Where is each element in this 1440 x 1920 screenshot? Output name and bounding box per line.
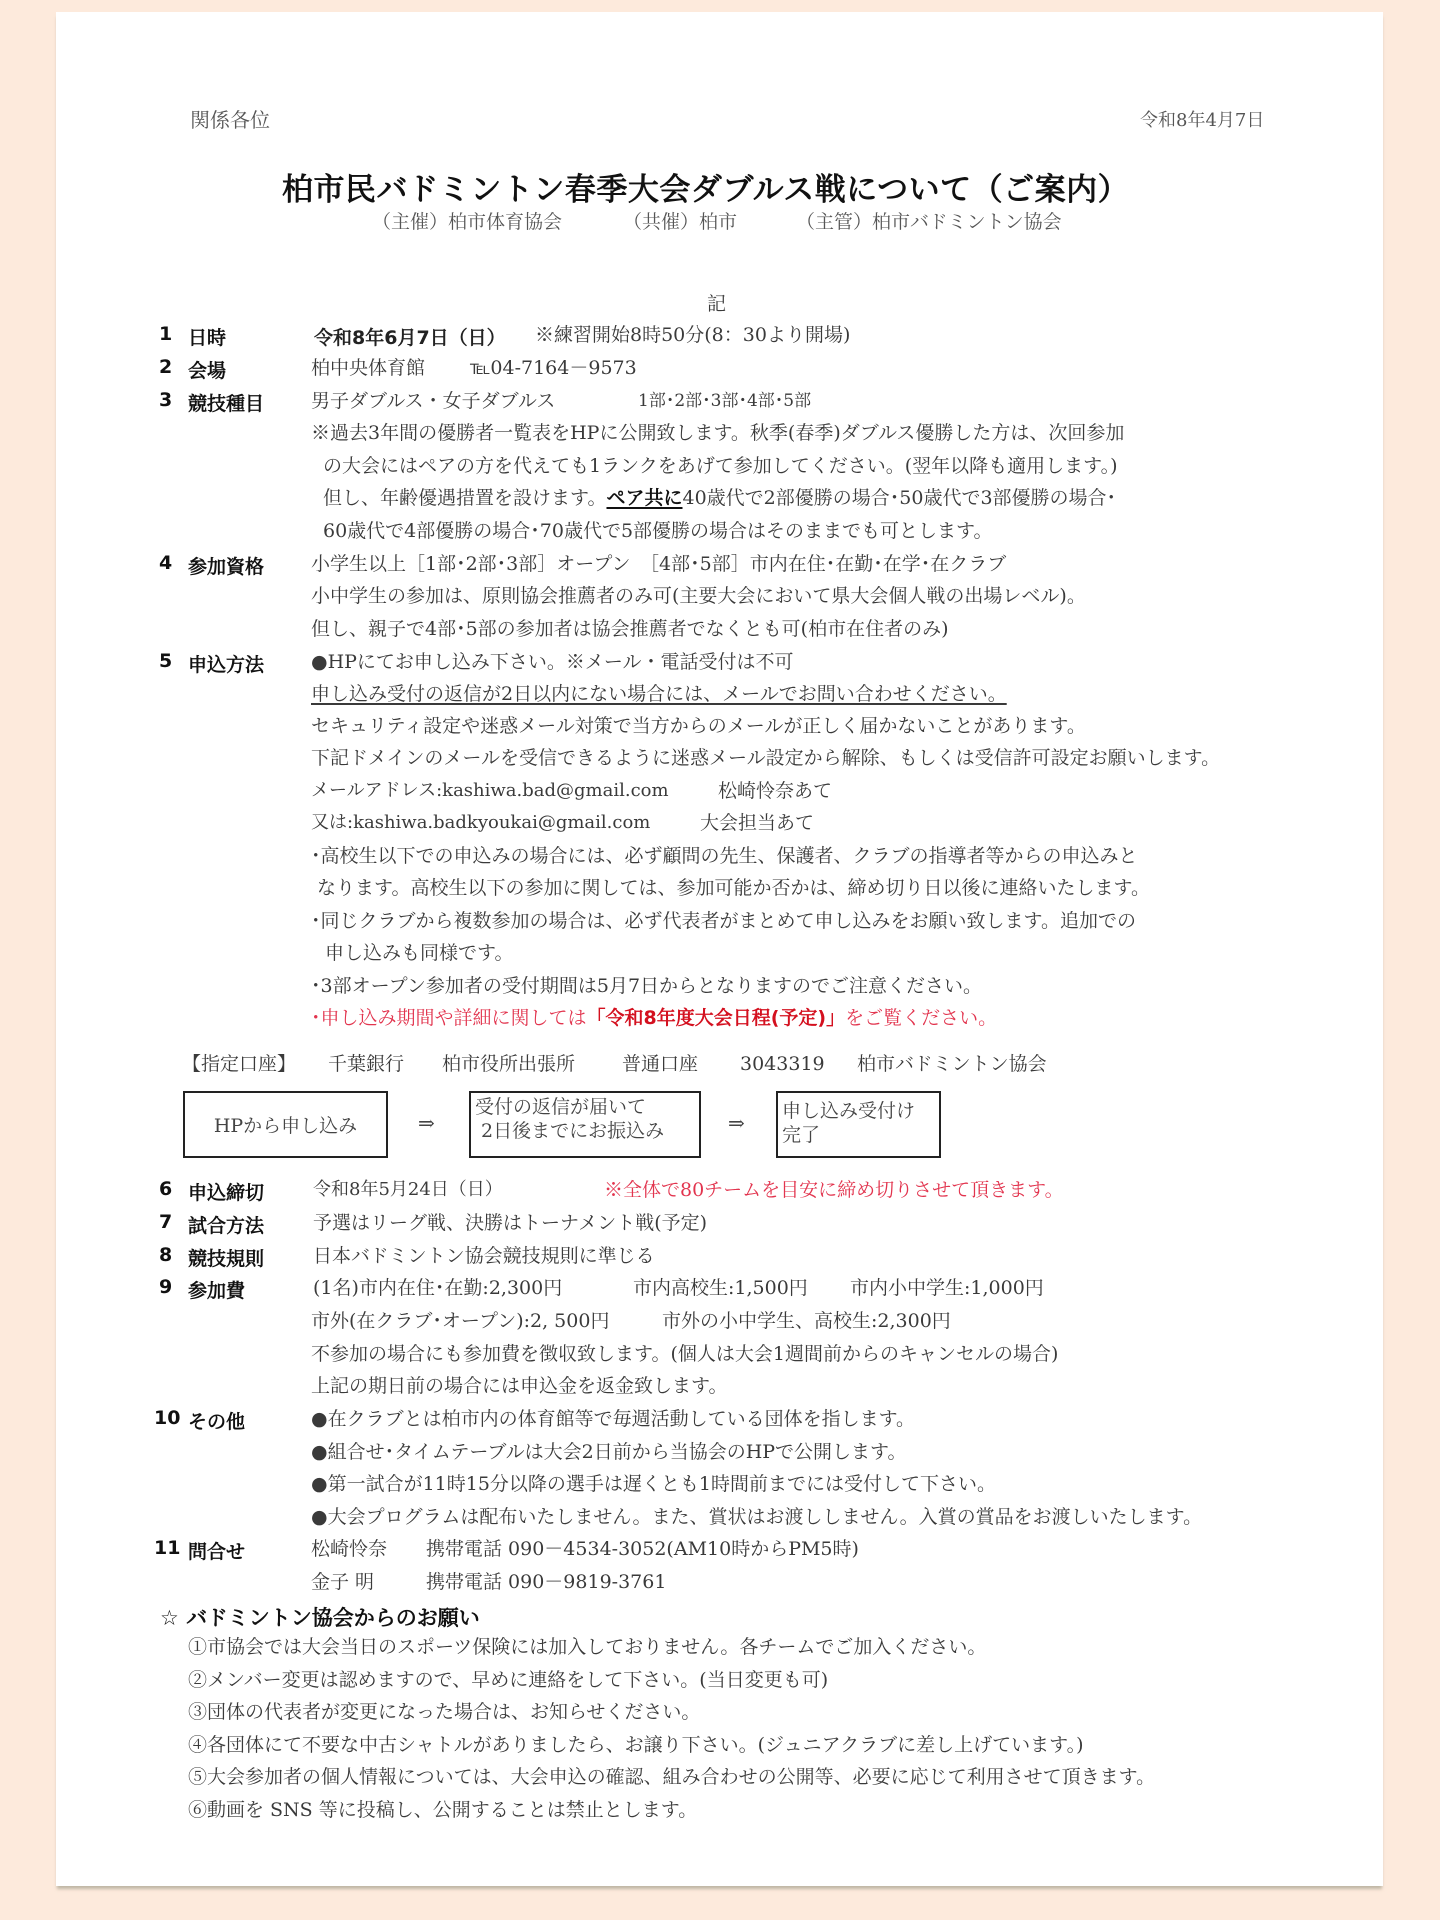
deadline-note: ※全体で80チームを目安に締め切りさせて頂きます。 bbox=[604, 1178, 1064, 1202]
age-preference-text: 但し、年齢優遇措置を設けます。 bbox=[323, 487, 606, 509]
email-address-2[interactable]: 又は:kashiwa.badkyoukai@gmail.com bbox=[311, 811, 650, 835]
apply-line-8: 申し込みも同様です。 bbox=[325, 941, 513, 965]
fee-cancellation-note: 不参加の場合にも参加費を徴収致します。(個人は大会1週間前からのキャンセルの場合… bbox=[311, 1342, 1058, 1366]
request-item-2: ②メンバー変更は認めますので、早めに連絡をして下さい。(当日変更も可) bbox=[188, 1668, 828, 1692]
other-note-2: ●組合せ･タイムテーブルは大会2日前から当協会のHPで公開します。 bbox=[311, 1440, 907, 1464]
section-5-number: 5 bbox=[159, 650, 172, 672]
apply-line-2-underlined: 申し込み受付の返信が2日以内にない場合には、メールでお問い合わせください。 bbox=[311, 682, 1007, 706]
fee-city-junior: 市内小中学生:1,000円 bbox=[850, 1276, 1044, 1300]
apply-line-7: ･同じクラブから複数参加の場合は、必ず代表者がまとめて申し込みをお願い致します。… bbox=[311, 909, 1136, 933]
section-1-number: 1 bbox=[159, 323, 172, 345]
account-type: 普通口座 bbox=[622, 1052, 698, 1076]
competition-rules: 日本バドミントン協会競技規則に準じる bbox=[313, 1244, 655, 1268]
fee-city-highschool: 市内高校生:1,500円 bbox=[633, 1276, 808, 1300]
flow-arrow-icon: ⇒ bbox=[418, 1111, 435, 1135]
flow-step-payment: 受付の返信が届いて2日後までにお振込み bbox=[469, 1091, 701, 1158]
requests-heading: ☆ バドミントン協会からのお願い bbox=[160, 1602, 480, 1632]
section-6-number: 6 bbox=[159, 1178, 172, 1200]
match-format: 予選はリーグ戦、決勝はトーナメント戦(予定) bbox=[313, 1211, 707, 1235]
flow-step-2-line-1: 受付の返信が届いて bbox=[475, 1095, 695, 1119]
other-note-1: ●在クラブとは柏市内の体育館等で毎週活動している団体を指します。 bbox=[311, 1407, 915, 1431]
event-date: 令和8年6月7日（日） bbox=[314, 323, 506, 350]
schedule-reference-note: ･申し込み期間や詳細に関しては「令和8年度大会日程(予定)」をご覧ください。 bbox=[311, 1006, 997, 1030]
apply-line-5: ･高校生以下での申込みの場合には、必ず顧問の先生、保護者、クラブの指導者等からの… bbox=[311, 844, 1138, 868]
section-3-note-line-1: ※過去3年間の優勝者一覧表をHPに公開致します。秋季(春季)ダブルス優勝した方は… bbox=[311, 421, 1124, 445]
fee-refund-note: 上記の期日前の場合には申込金を返金致します。 bbox=[311, 1374, 727, 1398]
sponsor-organizer: （主管）柏市バドミントン協会 bbox=[796, 207, 1062, 234]
contact-1-name: 松崎怜奈 bbox=[311, 1537, 387, 1561]
section-4-label: 参加資格 bbox=[188, 552, 264, 579]
section-3-note-line-2: の大会にはペアの方を代えても1ランクをあげて参加してください。(翌年以降も適用し… bbox=[323, 454, 1118, 478]
section-5-label: 申込方法 bbox=[188, 650, 264, 677]
eligibility-line-1: 小学生以上［1部･2部･3部］オープン ［4部･5部］市内在住･在勤･在学･在ク… bbox=[311, 552, 1006, 576]
flow-step-1-label: HPから申し込み bbox=[214, 1111, 357, 1138]
section-4-number: 4 bbox=[159, 552, 172, 574]
account-number: 3043319 bbox=[740, 1052, 825, 1076]
section-1-label: 日時 bbox=[188, 323, 226, 350]
document-date: 令和8年4月7日 bbox=[1140, 106, 1264, 132]
section-8-label: 競技規則 bbox=[188, 1244, 264, 1271]
contact-2-phone[interactable]: 携帯電話 090－9819-3761 bbox=[426, 1570, 666, 1594]
section-2-number: 2 bbox=[159, 356, 172, 378]
sponsor-host: （主催）柏市体育協会 bbox=[372, 207, 562, 234]
request-item-5: ⑤大会参加者の個人情報については、大会申込の確認、組み合わせの公開等、必要に応じ… bbox=[188, 1765, 1155, 1789]
fee-outside-open: 市外(在クラブ･オープン):2, 500円 bbox=[311, 1309, 609, 1333]
other-note-3: ●第一試合が11時15分以降の選手は遅くとも1時間前までには受付して下さい。 bbox=[311, 1472, 996, 1496]
section-3-label: 競技種目 bbox=[188, 389, 264, 416]
section-9-number: 9 bbox=[159, 1276, 172, 1298]
section-3-number: 3 bbox=[159, 389, 172, 411]
flow-arrow-icon: ⇒ bbox=[728, 1111, 745, 1135]
pair-both-emphasis: ペア共に bbox=[606, 487, 682, 509]
section-8-number: 8 bbox=[159, 1244, 172, 1266]
apply-line-9: ･3部オープン参加者の受付期間は5月7日からとなりますのでご注意ください。 bbox=[311, 974, 982, 998]
sponsor-cohost: （共催）柏市 bbox=[623, 207, 737, 234]
email-1-recipient: 松崎怜奈あて bbox=[718, 779, 832, 803]
section-10-label: その他 bbox=[188, 1407, 245, 1434]
request-item-1: ①市協会では大会当日のスポーツ保険には加入しておりません。各チームでご加入くださ… bbox=[188, 1635, 986, 1659]
bank-account-label: 【指定口座】 bbox=[182, 1052, 296, 1076]
schedule-link-text[interactable]: 「令和8年度大会日程(予定)」 bbox=[587, 1007, 846, 1029]
fee-resident: (1名)市内在住･在勤:2,300円 bbox=[313, 1276, 562, 1300]
fee-outside-students: 市外の小中学生、高校生:2,300円 bbox=[662, 1309, 951, 1333]
flow-step-complete: 申し込み受付け完了 bbox=[776, 1091, 941, 1158]
flow-step-2-line-2: 2日後までにお振込み bbox=[475, 1119, 695, 1143]
bank-name: 千葉銀行 bbox=[328, 1052, 404, 1076]
eligibility-line-2: 小中学生の参加は、原則協会推薦者のみ可(主要大会において県大会個人戦の出場レベル… bbox=[311, 584, 1086, 608]
venue-phone: ℡04-7164－9573 bbox=[470, 356, 637, 380]
bank-branch: 柏市役所出張所 bbox=[442, 1052, 575, 1076]
page-title: 柏市民バドミントン春季大会ダブルス戦について（ご案内） bbox=[282, 164, 1129, 209]
account-holder: 柏市バドミントン協会 bbox=[857, 1052, 1047, 1076]
section-3-note-line-4: 60歳代で4部優勝の場合･70歳代で5部優勝の場合はそのままでも可とします。 bbox=[323, 519, 993, 543]
apply-line-6: なります。高校生以下の参加に関しては、参加可能か否かは、締め切り日以後に連絡いた… bbox=[317, 876, 1150, 900]
request-item-4: ④各団体にて不要な中古シャトルがありましたら、お譲り下さい。(ジュニアクラブに差… bbox=[188, 1733, 1083, 1757]
contact-1-phone[interactable]: 携帯電話 090－4534-3052(AM10時からPM5時) bbox=[426, 1537, 859, 1561]
apply-line-4: 下記ドメインのメールを受信できるように迷惑メール設定から解除、もしくは受信許可設… bbox=[311, 746, 1220, 770]
flow-step-apply: HPから申し込み bbox=[183, 1091, 388, 1158]
flow-step-3-line-1: 申し込み受付け bbox=[782, 1099, 935, 1123]
apply-line-3: セキュリティ設定や迷惑メール対策で当方からのメールが正しく届かないことがあります… bbox=[311, 714, 1086, 738]
request-item-3: ③団体の代表者が変更になった場合は、お知らせください。 bbox=[188, 1700, 700, 1724]
schedule-note-pre: ･申し込み期間や詳細に関しては bbox=[311, 1007, 587, 1029]
email-2-recipient: 大会担当あて bbox=[700, 811, 814, 835]
section-2-label: 会場 bbox=[188, 356, 226, 383]
ki-marker: 記 bbox=[707, 292, 726, 316]
section-9-label: 参加費 bbox=[188, 1276, 245, 1303]
event-divisions: 1部･2部･3部･4部･5部 bbox=[638, 389, 811, 413]
section-7-number: 7 bbox=[159, 1211, 172, 1233]
other-note-4: ●大会プログラムは配布いたしません。また、賞状はお渡ししません。入賞の賞品をお渡… bbox=[311, 1505, 1202, 1529]
deadline-date: 令和8年5月24日（日） bbox=[313, 1178, 503, 1202]
section-11-number: 11 bbox=[154, 1537, 180, 1559]
section-11-label: 問合せ bbox=[188, 1537, 245, 1564]
venue-name: 柏中央体育館 bbox=[311, 356, 425, 380]
schedule-note-post: をご覧ください。 bbox=[845, 1007, 997, 1029]
practice-note: ※練習開始8時50分(8：30より開場) bbox=[535, 323, 850, 347]
age-preference-conditions: 40歳代で2部優勝の場合･50歳代で3部優勝の場合･ bbox=[683, 487, 1117, 509]
addressee: 関係各位 bbox=[190, 104, 270, 133]
section-6-label: 申込締切 bbox=[188, 1178, 264, 1205]
request-item-6: ⑥動画を SNS 等に投稿し、公開することは禁止とします。 bbox=[188, 1798, 697, 1822]
section-10-number: 10 bbox=[154, 1407, 180, 1429]
event-types: 男子ダブルス・女子ダブルス bbox=[311, 389, 555, 413]
section-7-label: 試合方法 bbox=[188, 1211, 264, 1238]
email-address-1[interactable]: メールアドレス:kashiwa.bad@gmail.com bbox=[311, 779, 669, 803]
flow-step-3-line-2: 完了 bbox=[782, 1123, 935, 1147]
eligibility-line-3: 但し、親子で4部･5部の参加者は協会推薦者でなくとも可(柏市在住者のみ) bbox=[311, 617, 949, 641]
section-3-note-line-3: 但し、年齢優遇措置を設けます。ペア共に40歳代で2部優勝の場合･50歳代で3部優… bbox=[323, 486, 1116, 510]
contact-2-name: 金子 明 bbox=[311, 1570, 374, 1594]
apply-line-1: ●HPにてお申し込み下さい。※メール・電話受付は不可 bbox=[311, 650, 794, 674]
